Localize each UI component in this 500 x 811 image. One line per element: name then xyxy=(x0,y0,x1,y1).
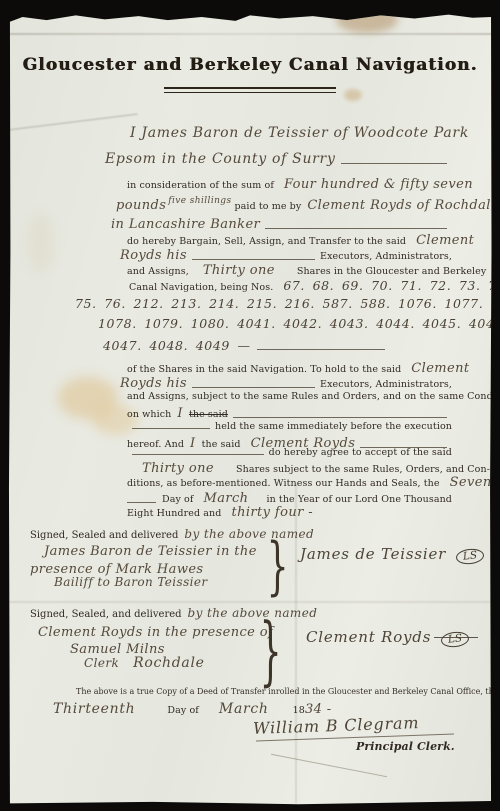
tohold-grantee-line: Royds his Executors, Administrators, xyxy=(120,376,452,391)
signature1-line: James de Teissier LS xyxy=(300,544,484,564)
share-numbers-row-4: 4047. 4048. 4049 — xyxy=(103,338,251,353)
title-double-rule xyxy=(164,87,336,93)
tohold-line: of the Shares in the said Navigation. To… xyxy=(127,361,470,376)
rule-line xyxy=(192,387,315,388)
held-line: held the same immediately before the exe… xyxy=(127,421,452,432)
share-numbers-line-3: 1078. 1079. 1080. 4041. 4042. 4043. 4044… xyxy=(98,316,500,331)
execution1-witness-line-1: James Baron de Teissier in the xyxy=(44,544,257,559)
grantor-signature: James de Teissier xyxy=(300,545,446,563)
accept-share-count: Thirty one xyxy=(142,461,214,476)
payer-residence-line: in Lancashire Banker xyxy=(111,217,452,232)
seal-ls-icon: LS xyxy=(455,548,485,566)
tohold-grantee-surname: Royds his xyxy=(120,376,187,391)
seal-strike-line xyxy=(434,637,478,638)
shares-text: Shares in the Gloucester and Berkeley xyxy=(297,266,487,277)
seal-1: LS xyxy=(456,544,484,564)
principal-clerk-text: Principal Clerk. xyxy=(356,740,455,753)
grantee-line: Royds his Executors, Administrators, xyxy=(120,248,452,263)
signature2-line: Clement Royds LS xyxy=(306,627,469,647)
year-handwritten: thirty four - xyxy=(231,505,313,520)
payment-line: pounds five shillings paid to me by Clem… xyxy=(116,198,499,213)
signed-sealed-text-2: Signed, Sealed, and delivered xyxy=(30,609,182,620)
crease-line xyxy=(8,113,137,130)
paid-by-text: paid to me by xyxy=(234,201,301,212)
year-line: Eight Hundred and thirty four - xyxy=(127,505,313,520)
witness-place-2: Rochdale xyxy=(133,655,205,671)
share-numbers-line-4: 4047. 4048. 4049 — xyxy=(103,338,391,353)
stain xyxy=(28,213,54,273)
witness-line: ditions, as before-mentioned. Witness ou… xyxy=(127,475,500,490)
bargain-line: do hereby Bargain, Sell, Assign, and Tra… xyxy=(127,233,474,248)
grantor-residence: Epsom in the County of Surry xyxy=(105,151,336,167)
clerk-signature-line: William B Clegram xyxy=(253,716,419,735)
rule-line xyxy=(127,502,156,503)
stain xyxy=(58,377,118,419)
tohold-text: of the Shares in the said Navigation. To… xyxy=(127,364,401,375)
share-numbers-row-1: 67. 68. 69. 70. 71. 72. 73. 74. xyxy=(283,278,500,293)
signed-sealed-text-1: Signed, Sealed and delivered xyxy=(30,530,178,541)
brace-icon xyxy=(260,609,282,697)
witness-statement-2: Clement Royds in the presence of xyxy=(38,625,273,640)
consideration-text: in consideration of the sum of xyxy=(127,180,274,191)
brace-icon xyxy=(267,531,289,605)
conditions-line: and Assigns, subject to the same Rules a… xyxy=(127,391,500,402)
held-text: held the same immediately before the exe… xyxy=(215,421,452,432)
grantee-first-name: Clement xyxy=(416,233,474,248)
crease-line xyxy=(8,33,492,35)
grantee-signature: Clement Royds xyxy=(306,628,431,646)
year-text: in the Year of our Lord One Thousand xyxy=(266,494,452,505)
clerk-signature: William B Clegram xyxy=(253,713,420,738)
witness-role-1: Bailiff to Baron Teissier xyxy=(54,575,208,589)
payer-residence: in Lancashire Banker xyxy=(111,217,260,232)
grantor-residence-line: Epsom in the County of Surry xyxy=(105,151,452,167)
stain xyxy=(344,89,362,101)
onwhich-line: on which I the said xyxy=(127,406,452,421)
rule-line xyxy=(257,349,385,350)
execution-day: Seventh xyxy=(450,475,500,490)
crease-line xyxy=(8,601,492,603)
onwhich-text: on which xyxy=(127,409,171,420)
above-named-hand-1: by the above named xyxy=(184,527,314,541)
enrolment-day: Thirteenth xyxy=(53,701,135,717)
rule-line xyxy=(233,417,447,418)
share-numbers-row-3: 1078. 1079. 1080. 4041. 4042. 4043. 4044… xyxy=(98,316,500,331)
rule-line xyxy=(192,259,315,260)
witness-text: ditions, as before-mentioned. Witness ou… xyxy=(127,478,440,489)
dayof-text: Day of xyxy=(162,494,194,505)
document-title: Gloucester and Berkeley Canal Navigation… xyxy=(8,55,492,75)
rule-line xyxy=(265,228,447,229)
rule-line xyxy=(132,428,210,429)
deed-paper: Gloucester and Berkeley Canal Navigation… xyxy=(8,13,492,805)
execution1-witness-line-3: Bailiff to Baron Teissier xyxy=(54,575,208,589)
stain xyxy=(336,7,398,33)
execution-month: March xyxy=(204,491,249,506)
enrolment-dayof-text: Day of xyxy=(167,705,199,716)
grantor-name: I James Baron de Teissier of Woodcote Pa… xyxy=(130,125,469,141)
accept-count-line: Thirty one Shares subject to the same Ru… xyxy=(142,461,490,476)
rule-line xyxy=(341,163,447,164)
executors-text-2: Executors, Administrators, xyxy=(320,379,452,390)
witness-role-2: Clerk xyxy=(84,656,119,670)
seal-ls-icon: LS xyxy=(441,631,471,649)
handwritten-i: I xyxy=(177,406,183,421)
consideration-line: in consideration of the sum of Four hund… xyxy=(127,177,473,192)
enrolment-statement-line: The above is a true Copy of a Deed of Tr… xyxy=(76,687,499,696)
share-count: Thirty one xyxy=(203,263,275,278)
agree-line: do hereby agree to accept of the said xyxy=(127,447,452,458)
witness-statement-1: James Baron de Teissier in the xyxy=(44,544,257,559)
agree-text: do hereby agree to accept of the said xyxy=(269,447,452,458)
photo-background: Gloucester and Berkeley Canal Navigation… xyxy=(0,0,500,811)
grantee-surname: Royds his xyxy=(120,248,187,263)
shares-count-line: and Assigns, Thirty one Shares in the Gl… xyxy=(127,263,486,278)
bargain-text: do hereby Bargain, Sell, Assign, and Tra… xyxy=(127,236,406,247)
share-numbers-intro-line: Canal Navigation, being Nos. 67. 68. 69.… xyxy=(129,278,500,293)
being-nos-text: Canal Navigation, being Nos. xyxy=(129,282,273,293)
shillings-insertion: five shillings xyxy=(168,196,231,206)
enrolment-date-line: Thirteenth Day of March 18 34 - xyxy=(53,701,332,717)
accept-shares-text: Shares subject to the same Rules, Orders… xyxy=(236,464,490,475)
tohold-grantee-first: Clement xyxy=(411,361,469,376)
enrolment-year-print: 18 xyxy=(293,705,305,716)
struck-out-text: the said xyxy=(189,409,228,420)
share-numbers-row-2: 75. 76. 212. 213. 214. 215. 216. 587. 58… xyxy=(75,296,483,311)
pounds-word: pounds xyxy=(116,198,166,213)
rule-line xyxy=(132,454,264,455)
date-line: Day of March in the Year of our Lord One… xyxy=(127,491,452,506)
payer-name: Clement Royds of Rochdale xyxy=(307,198,499,213)
pencil-mark xyxy=(271,754,387,777)
sum-amount: Four hundred & fifty seven xyxy=(284,177,473,192)
clerk-title-line: Principal Clerk. xyxy=(356,740,455,753)
execution2-witness-line-3: Clerk Rochdale xyxy=(84,655,205,671)
enrolment-month: March xyxy=(219,701,269,717)
executors-text: Executors, Administrators, xyxy=(320,251,452,262)
above-named-hand-2: by the above named xyxy=(188,606,318,620)
year-text-2: Eight Hundred and xyxy=(127,508,221,519)
conditions-text: and Assigns, subject to the same Rules a… xyxy=(127,391,500,402)
execution2-witness-line-1: Clement Royds in the presence of xyxy=(38,625,273,640)
enrolment-statement: The above is a true Copy of a Deed of Tr… xyxy=(76,687,499,696)
seal-2: LS xyxy=(441,627,469,647)
share-numbers-line-2: 75. 76. 212. 213. 214. 215. 216. 587. 58… xyxy=(75,296,483,311)
assigns-text: and Assigns, xyxy=(127,266,189,277)
grantor-name-line: I James Baron de Teissier of Woodcote Pa… xyxy=(130,125,469,141)
enrolment-year-hand: 34 - xyxy=(305,702,332,717)
